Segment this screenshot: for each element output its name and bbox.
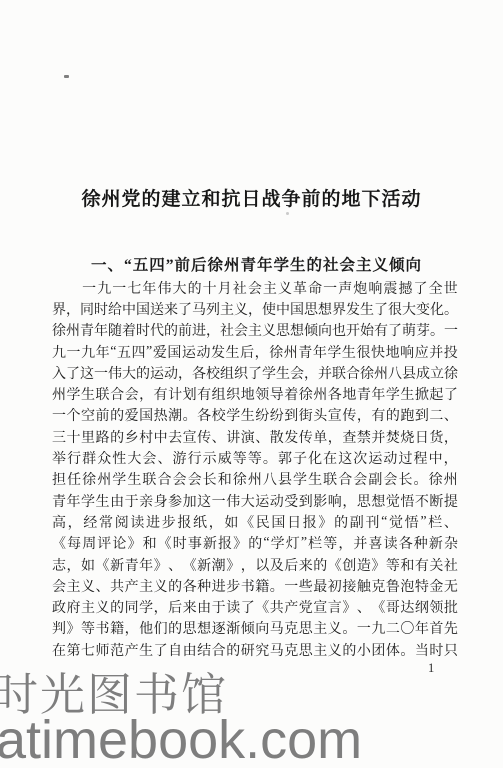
body-line: 三十里路的乡村中去宣传、讲演、散发传单，查禁并焚烧日货，: [52, 426, 458, 447]
body-line: 担任徐州学生联合会会长和徐州八县学生联合会副会长。徐州: [52, 469, 458, 490]
body-line: 志，如《新青年》、《新潮》，以及后来的《创造》等和有关社: [52, 554, 458, 575]
body-text: 一九一七年伟大的十月社会主义革命一声炮响震撼了全世界，同时给中国送来了马列主义，…: [52, 277, 458, 660]
body-line: 一九一七年伟大的十月社会主义革命一声炮响震撼了全世: [52, 277, 458, 298]
body-line: 一个空前的爱国热潮。各校学生纷纷到街头宣传，有的跑到二、: [52, 405, 458, 426]
body-line: 政府主义的同学，后来由于读了《共产党宣言》、《哥达纲领批: [52, 596, 458, 617]
scan-artifact-dot: [286, 212, 289, 215]
body-line: 九一九年“五四”爱国运动发生后，徐州青年学生很快地响应并投: [52, 341, 458, 362]
body-line: 高，经常阅读进步报纸，如《民国日报》的副刊“觉悟”栏、: [52, 511, 458, 532]
watermark-site-url: atimebook.com: [0, 709, 362, 768]
body-line: 会主义、共产主义的各种进步书籍。一些最初接触克鲁泡特金无: [52, 575, 458, 596]
scanned-book-page: 徐州党的建立和抗日战争前的地下活动 一、“五四”前后徐州青年学生的社会主义倾向 …: [0, 0, 503, 768]
body-line: 界，同时给中国送来了马列主义，使中国思想界发生了很大变化。: [52, 298, 458, 319]
body-line: 举行群众性大会、游行示威等等。郭子化在这次运动过程中，: [52, 447, 458, 468]
body-line: 判》等书籍，他们的思想逐渐倾向马克思主义。一九二〇年首先: [52, 618, 458, 639]
body-line: 《每周评论》和《时事新报》的“学灯”栏等，并喜读各种新杂: [52, 533, 458, 554]
page-title: 徐州党的建立和抗日战争前的地下活动: [0, 184, 503, 211]
body-line: 入了这一伟大的运动，各校组织了学生会，并联合徐州八县成立徐: [52, 362, 458, 383]
body-line: 青年学生由于亲身参加这一伟大运动受到影响，思想觉悟不断提: [52, 490, 458, 511]
scan-artifact-speck: [64, 75, 69, 78]
section-heading: 一、“五四”前后徐州青年学生的社会主义倾向: [91, 253, 422, 275]
page-number: 1: [428, 661, 434, 676]
body-line: 徐州青年随着时代的前进，社会主义思想倾向也开始有了萌芽。一: [52, 320, 458, 341]
body-line: 州学生联合会，有计划有组织地领导着徐州各地青年学生掀起了: [52, 383, 458, 404]
